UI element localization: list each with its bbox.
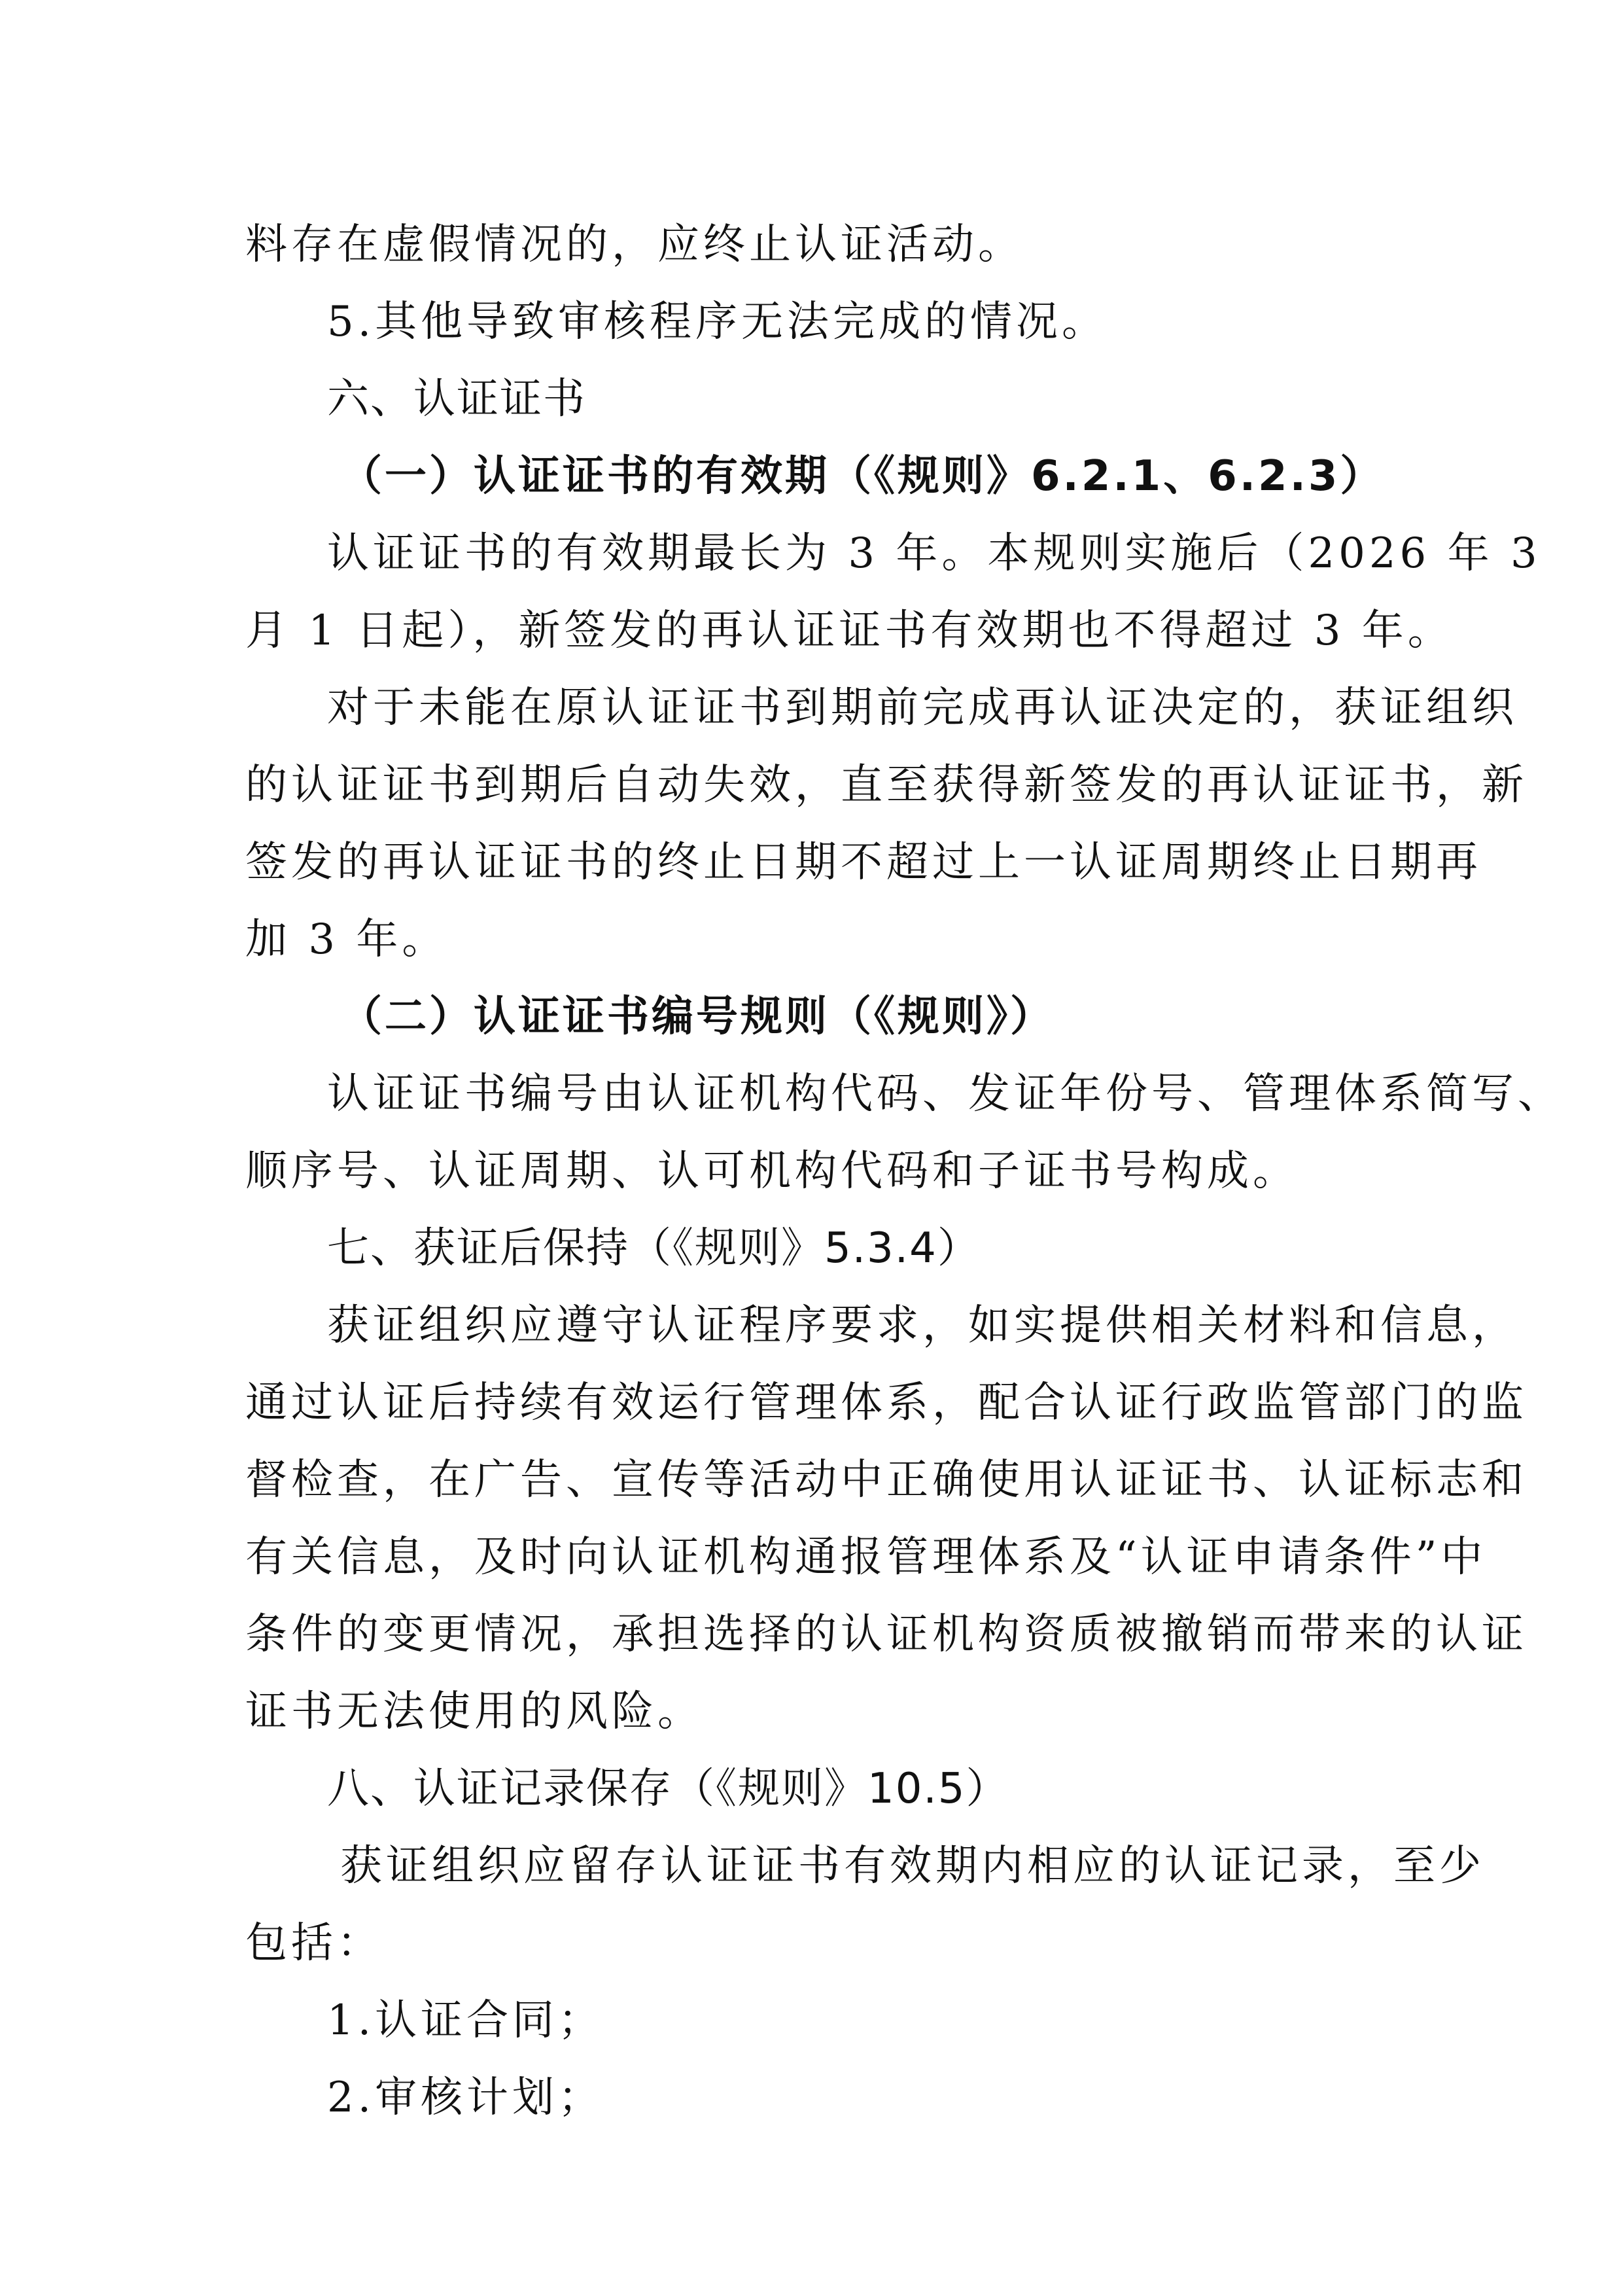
list-item: 5.其他导致审核程序无法完成的情况。: [327, 283, 1384, 361]
section-heading: 八、认证记录保存（《规则》10.5）: [327, 1750, 1384, 1828]
paragraph-line: 认证证书的有效期最长为 3 年。本规则实施后（2026 年 3: [327, 515, 1384, 592]
subsection-heading: （二）认证证书编号规则（《规则》）: [340, 978, 1384, 1055]
paragraph-line: 包括：: [245, 1905, 1384, 1982]
paragraph-line: 月 1 日起），新签发的再认证证书有效期也不得超过 3 年。: [245, 592, 1384, 669]
paragraph-line: 证书无法使用的风险。: [245, 1673, 1384, 1750]
section-heading: 六、认证证书: [327, 361, 1384, 438]
paragraph-line: 料存在虚假情况的，应终止认证活动。: [245, 206, 1384, 283]
paragraph-line: 督检查，在广告、宣传等活动中正确使用认证证书、认证标志和: [245, 1441, 1384, 1519]
paragraph-line: 有关信息，及时向认证机构通报管理体系及“认证申请条件”中: [245, 1519, 1384, 1596]
paragraph-line: 加 3 年。: [245, 901, 1384, 978]
paragraph-line: 签发的再认证证书的终止日期不超过上一认证周期终止日期再: [245, 824, 1384, 901]
list-item: 1.认证合同；: [327, 1982, 1384, 2059]
paragraph-line: 获证组织应遵守认证程序要求，如实提供相关材料和信息，: [327, 1287, 1384, 1364]
list-item: 2.审核计划；: [327, 2059, 1384, 2136]
subsection-heading: （一）认证证书的有效期（《规则》6.2.1、6.2.3）: [340, 438, 1384, 515]
paragraph-line: 通过认证后持续有效运行管理体系，配合认证行政监管部门的监: [245, 1364, 1384, 1441]
paragraph-line: 获证组织应留存认证证书有效期内相应的认证记录，至少: [340, 1828, 1384, 1905]
paragraph-line: 条件的变更情况，承担选择的认证机构资质被撤销而带来的认证: [245, 1596, 1384, 1673]
paragraph-line: 的认证证书到期后自动失效，直至获得新签发的再认证证书，新: [245, 747, 1384, 824]
paragraph-line: 对于未能在原认证证书到期前完成再认证决定的，获证组织: [327, 669, 1384, 747]
section-heading: 七、获证后保持（《规则》5.3.4）: [327, 1210, 1384, 1287]
document-page: 料存在虚假情况的，应终止认证活动。 5.其他导致审核程序无法完成的情况。 六、认…: [0, 0, 1623, 2296]
paragraph-line: 顺序号、认证周期、认可机构代码和子证书号构成。: [245, 1133, 1384, 1210]
paragraph-line: 认证证书编号由认证机构代码、发证年份号、管理体系简写、: [327, 1055, 1384, 1133]
